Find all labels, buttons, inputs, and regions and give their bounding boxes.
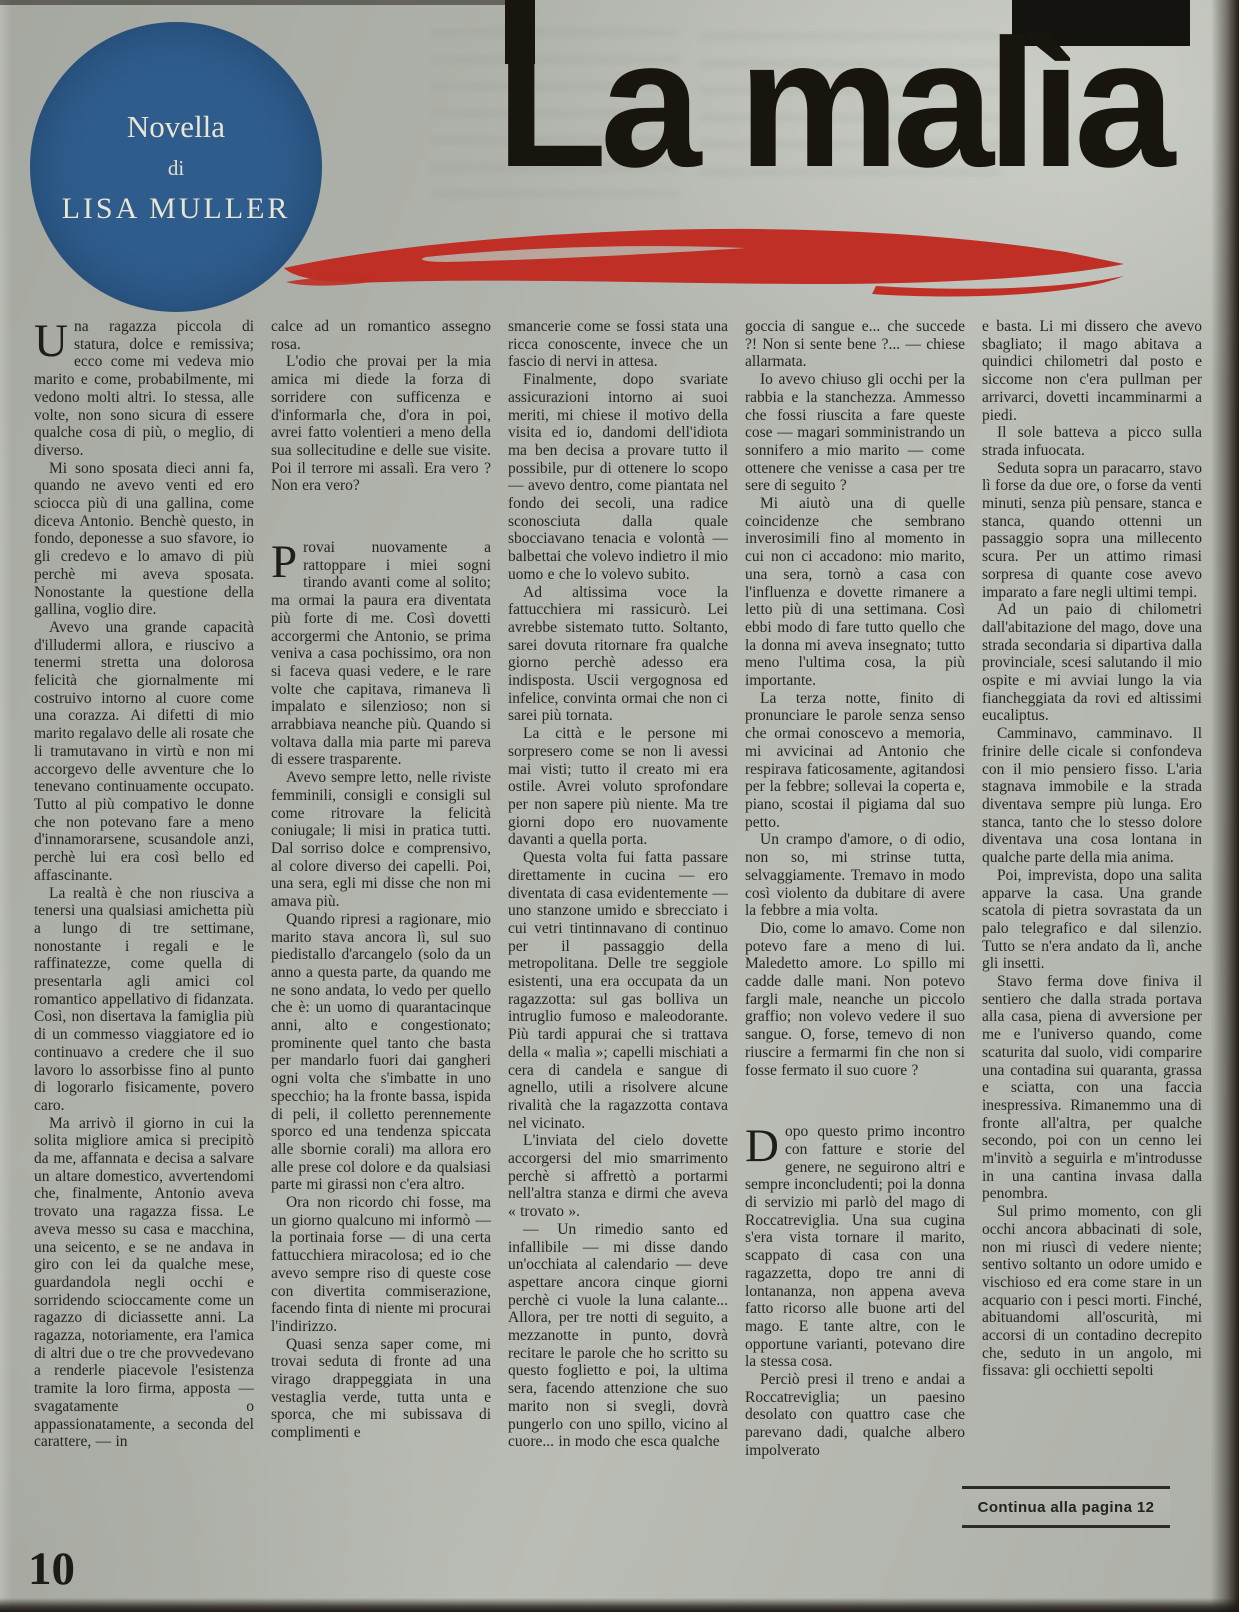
paragraph: — Un rimedio santo ed infallibile — mi d… [508, 1221, 728, 1451]
page-edge-right [1211, 0, 1239, 1612]
paragraph: Poi, imprevista, dopo una salita apparve… [982, 867, 1202, 973]
badge-kicker: Novella [127, 109, 225, 145]
paragraph: Quasi senza saper come, mi trovai seduta… [271, 1336, 491, 1442]
paragraph: Ora non ricordo chi fosse, ma un giorno … [271, 1194, 491, 1336]
paragraph: L'odio che provai per la mia amica mi di… [271, 353, 491, 495]
paragraph: La terza notte, finito di pronunciare le… [745, 690, 965, 832]
paragraph: e basta. Li mi dissero che avevo sbaglia… [982, 318, 1202, 424]
paragraph: smancerie come se fossi stata una ricca … [508, 318, 728, 371]
paragraph: Un crampo d'amore, o di odio, non so, mi… [745, 831, 965, 920]
paragraph: Dopo questo primo incontro con fatture e… [745, 1123, 965, 1371]
paragraph: Una ragazza piccola di statura, dolce e … [34, 318, 254, 460]
paragraph: La realtà è che non riusciva a tenersi u… [34, 885, 254, 1115]
paragraph: Avevo sempre letto, nelle riviste femmin… [271, 769, 491, 911]
paragraph: calce ad un romantico assegno rosa. [271, 318, 491, 353]
paragraph: Mi sono sposata dieci anni fa, quando ne… [34, 460, 254, 619]
page-title: La malìa [496, 12, 1168, 194]
page-number: 10 [28, 1542, 75, 1596]
paragraph: Finalmente, dopo svariate assicurazioni … [508, 371, 728, 583]
paragraph: Ma arrivò il giorno in cui la solita mig… [34, 1115, 254, 1451]
paragraph: L'inviata del cielo dovette accorgersi d… [508, 1132, 728, 1221]
paragraph: Ad altissima voce la fattucchiera mi ras… [508, 584, 728, 726]
paragraph: Questa volta fui fatta passare direttame… [508, 849, 728, 1132]
column-3: smancerie come se fossi stata una ricca … [508, 318, 728, 1558]
paragraph: Io avevo chiuso gli occhi per la rabbia … [745, 371, 965, 495]
column-4: goccia di sangue e... che succede ?! Non… [745, 318, 965, 1558]
paragraph: Perciò presi il treno e andai a Roccatre… [745, 1371, 965, 1460]
paragraph: Seduta sopra un paracarro, stavo lì fors… [982, 460, 1202, 602]
paragraph: Il sole batteva a picco sulla strada inf… [982, 424, 1202, 459]
page-edge-top [0, 0, 506, 5]
page-edge-left [0, 0, 12, 1612]
continued-on-page-notice: Continua alla pagina 12 [962, 1486, 1170, 1528]
column-1: Una ragazza piccola di statura, dolce e … [34, 318, 254, 1558]
drop-cap: D [745, 1123, 785, 1165]
paragraph: Provai nuovamente a rattoppare i miei so… [271, 539, 491, 769]
paragraph: Mi aiutò una di quelle coincidenze che s… [745, 495, 965, 690]
page-edge-bottom [0, 1598, 1239, 1612]
paragraph: Camminavo, camminavo. Il frinire delle c… [982, 725, 1202, 867]
paragraph: Quando ripresi a ragionare, mio marito s… [271, 911, 491, 1194]
paragraph: Sul primo momento, con gli occhi ancora … [982, 1203, 1202, 1380]
author-name: LISA MULLER [62, 192, 291, 226]
paragraph: goccia di sangue e... che succede ?! Non… [745, 318, 965, 371]
column-2: calce ad un romantico assegno rosa.L'odi… [271, 318, 491, 1558]
drop-cap: U [34, 318, 74, 360]
red-brush-stroke [276, 202, 1132, 302]
paragraph: Stavo ferma dove finiva il sentiero che … [982, 973, 1202, 1203]
column-5: e basta. Li mi dissero che avevo sbaglia… [982, 318, 1202, 1558]
magazine-page: Novella di LISA MULLER La malìa Una raga… [0, 0, 1239, 1612]
text-columns: Una ragazza piccola di statura, dolce e … [34, 318, 1202, 1558]
badge-di: di [168, 156, 184, 181]
paragraph: Avevo una grande capacità d'illudermi al… [34, 619, 254, 885]
drop-cap: P [271, 539, 303, 581]
paragraph: La città e le persone mi sorpresero come… [508, 725, 728, 849]
paragraph: Dio, come lo amavo. Come non potevo fare… [745, 920, 965, 1079]
paragraph: Ad un paio di chilometri dall'abitazione… [982, 601, 1202, 725]
